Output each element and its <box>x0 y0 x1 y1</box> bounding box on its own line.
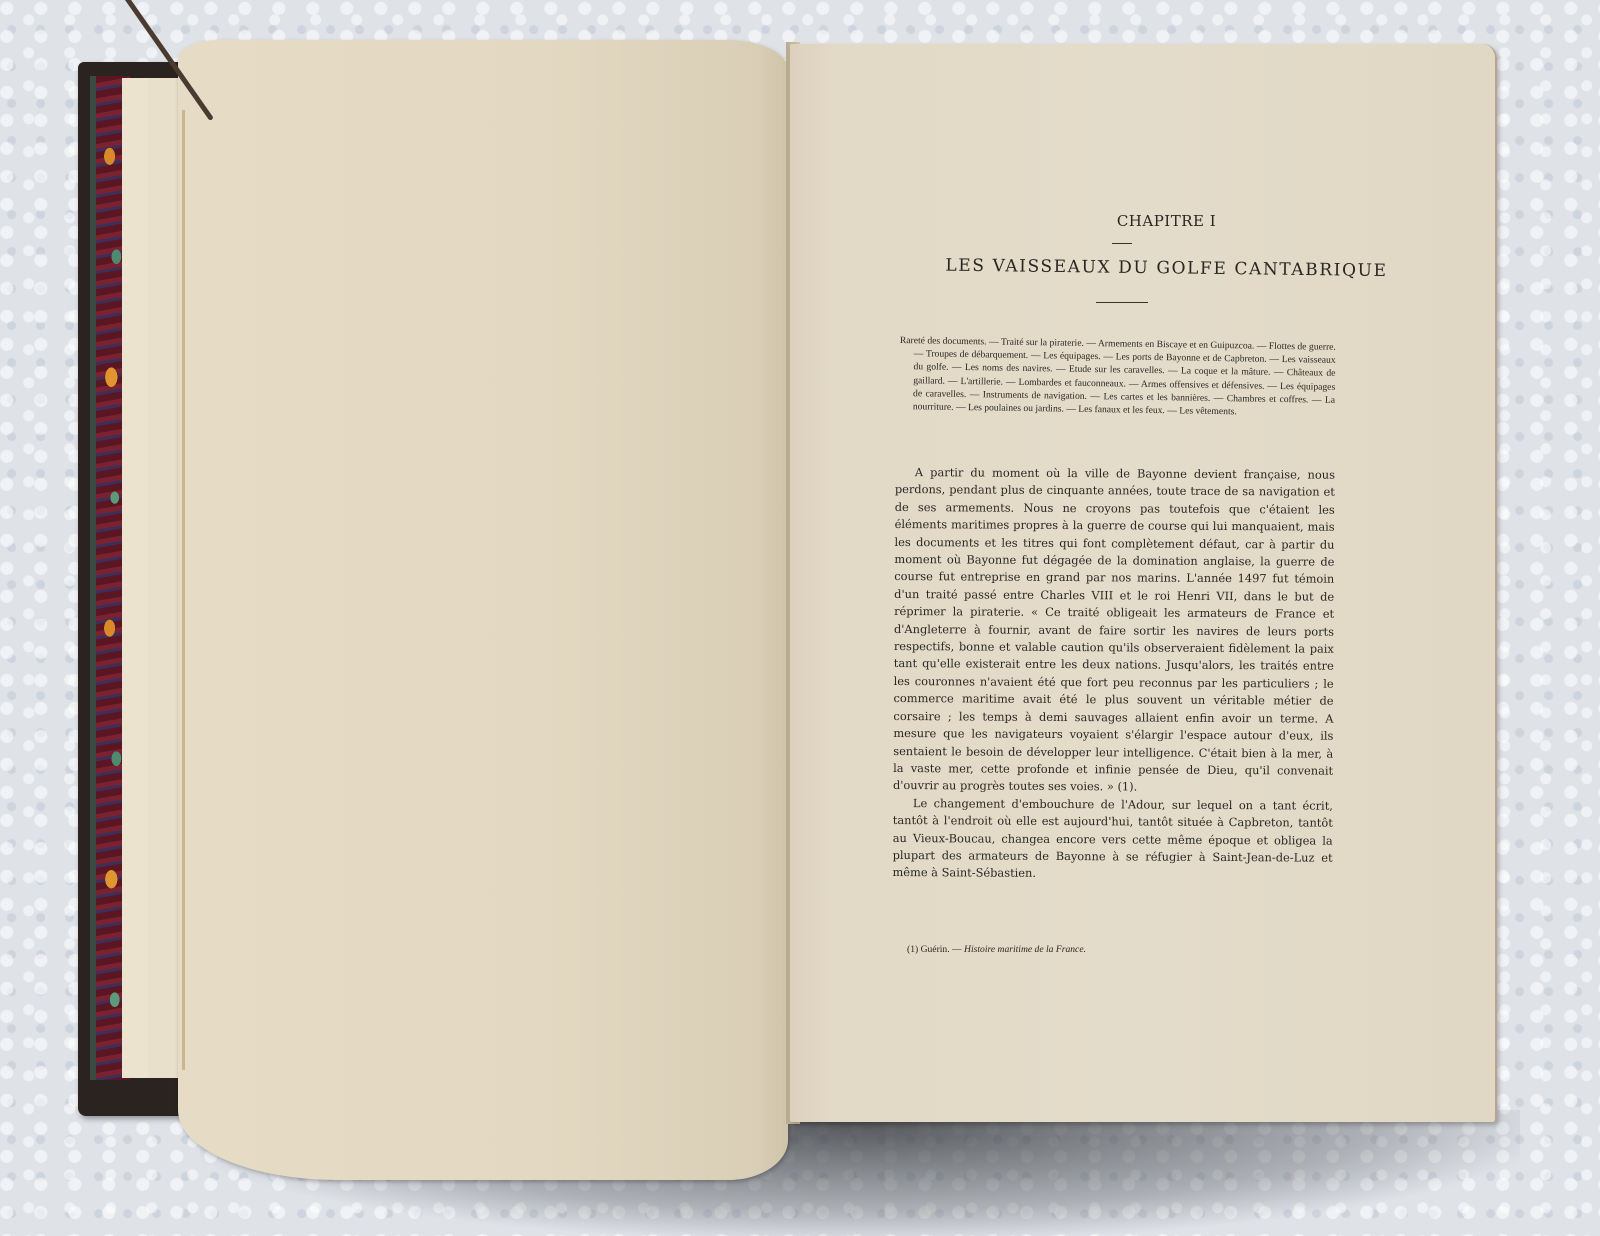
body-text: A partir du moment où la ville de Bayonn… <box>892 464 1335 884</box>
divider-rule <box>1112 243 1132 244</box>
paragraph: A partir du moment où la ville de Bayonn… <box>893 464 1335 797</box>
divider-rule <box>1096 302 1148 303</box>
paragraph: Le changement d'embouchure de l'Adour, s… <box>892 795 1333 885</box>
chapter-number: CHAPITRE I <box>790 212 1495 230</box>
footnote: (1) Guérin. — Histoire maritime de la Fr… <box>907 944 1086 955</box>
left-page-blank[interactable] <box>178 40 788 1180</box>
footnote-title: Histoire maritime de la France. <box>964 944 1086 955</box>
footnote-marker: (1) Guérin. — <box>907 944 962 955</box>
chapter-summary: Rareté des documents. — Traité sur la pi… <box>899 334 1336 420</box>
summary-text: Rareté des documents. — Traité sur la pi… <box>899 334 1336 420</box>
chapter-title: LES VAISSEAUX DU GOLFE CANTABRIQUE <box>790 254 1495 283</box>
right-page: CHAPITRE I LES VAISSEAUX DU GOLFE CANTAB… <box>790 44 1497 1122</box>
